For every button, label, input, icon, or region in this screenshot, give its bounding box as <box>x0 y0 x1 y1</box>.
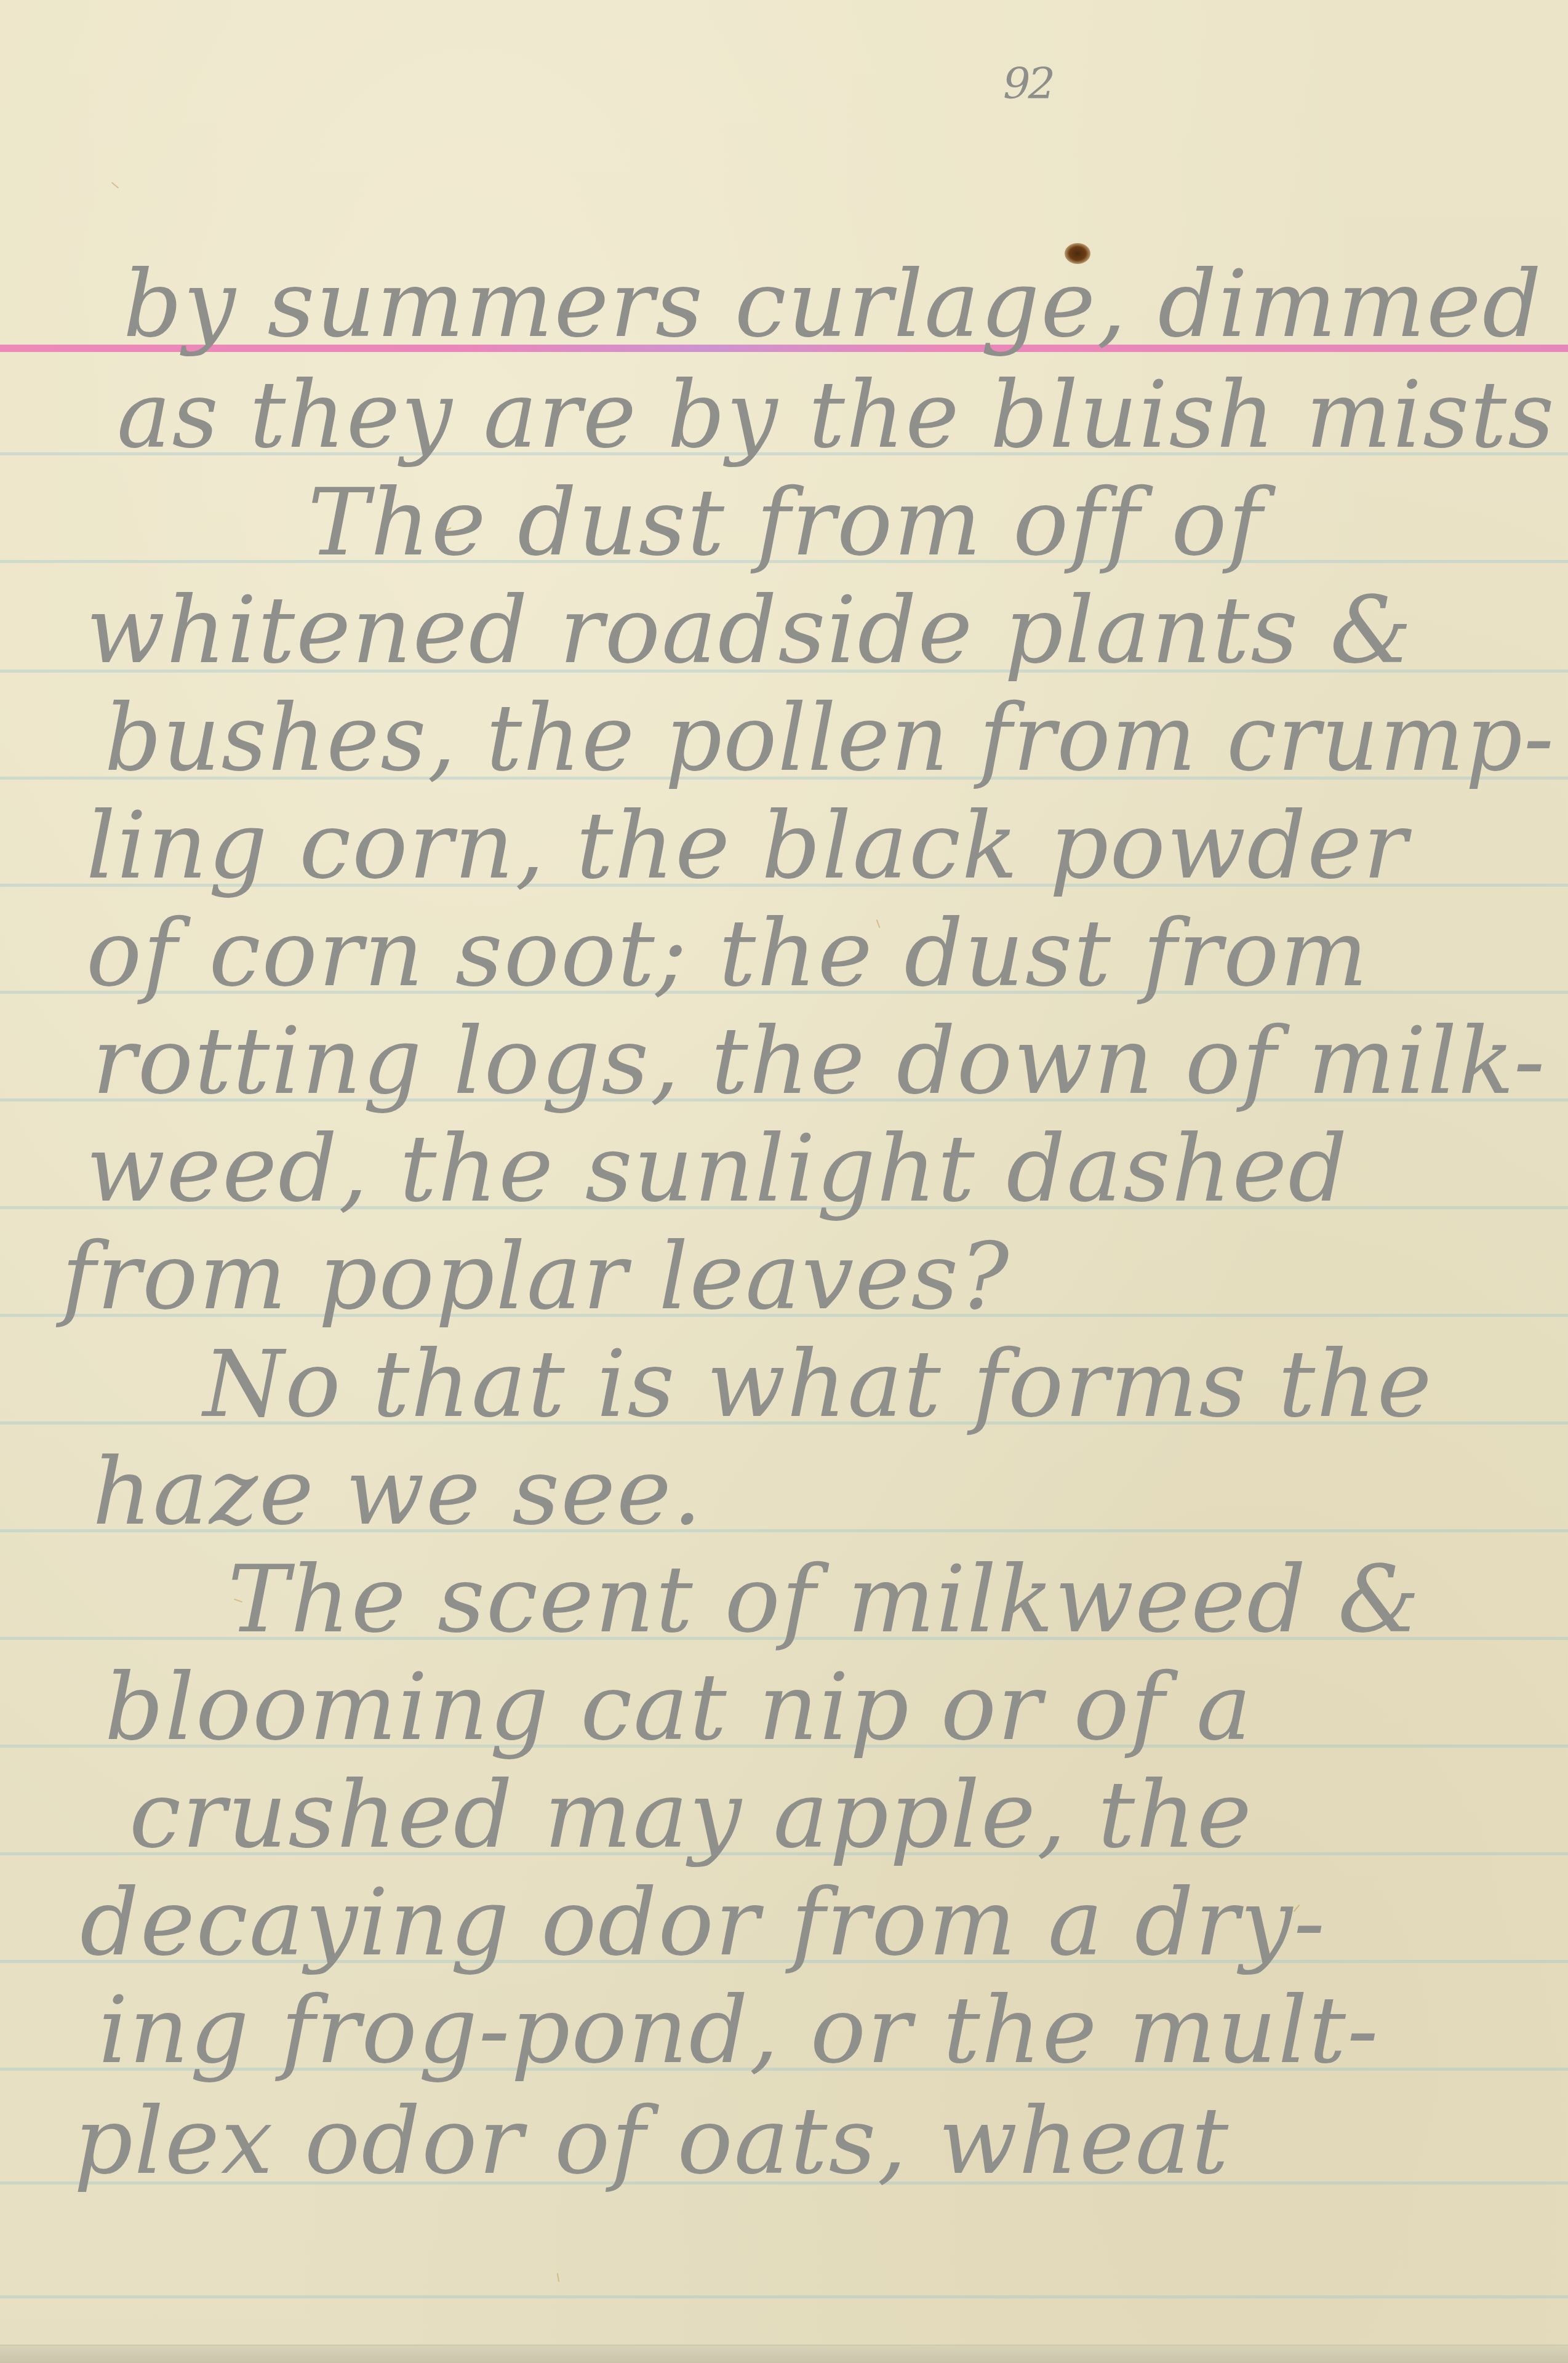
ruled-line <box>0 2295 1568 2298</box>
notebook-page: 92 by summers curlage, dimmed as they ar… <box>0 0 1568 2363</box>
handwritten-line: blooming cat nip or of a <box>105 1661 1252 1754</box>
handwritten-line: ing frog-pond, or the mult- <box>98 1985 1380 2077</box>
handwritten-line: No that is what forms the <box>203 1338 1433 1431</box>
handwritten-line: haze we see. <box>92 1446 703 1538</box>
page-number: 92 <box>1003 58 1053 109</box>
handwritten-line: rotting logs, the down of milk- <box>92 1015 1546 1108</box>
handwritten-line: of corn soot; the dust from <box>86 908 1369 1000</box>
paper-fiber <box>557 2273 559 2282</box>
handwritten-line: plex odor of oats, wheat <box>74 2095 1230 2188</box>
handwritten-line: The dust from off of <box>308 477 1263 569</box>
handwritten-line: weed, the sunlight dashed <box>86 1123 1348 1215</box>
handwritten-line: decaying odor from a dry- <box>80 1877 1326 1969</box>
handwritten-line: whitened roadside plants & <box>86 585 1413 677</box>
handwritten-line: by summers curlage, dimmed <box>123 258 1543 351</box>
handwritten-line: as they are by the bluish mists <box>117 369 1556 462</box>
handwritten-line: crushed may apple, the <box>129 1769 1253 1861</box>
paper-fiber <box>111 182 119 189</box>
handwritten-line: from poplar leaves? <box>62 1231 1010 1323</box>
handwritten-line: ling corn, the black powder <box>86 800 1409 892</box>
handwritten-line: The scent of milkweed & <box>228 1554 1421 1646</box>
handwritten-line: bushes, the pollen from crump- <box>105 692 1555 785</box>
page-bottom-edge <box>0 2345 1568 2363</box>
